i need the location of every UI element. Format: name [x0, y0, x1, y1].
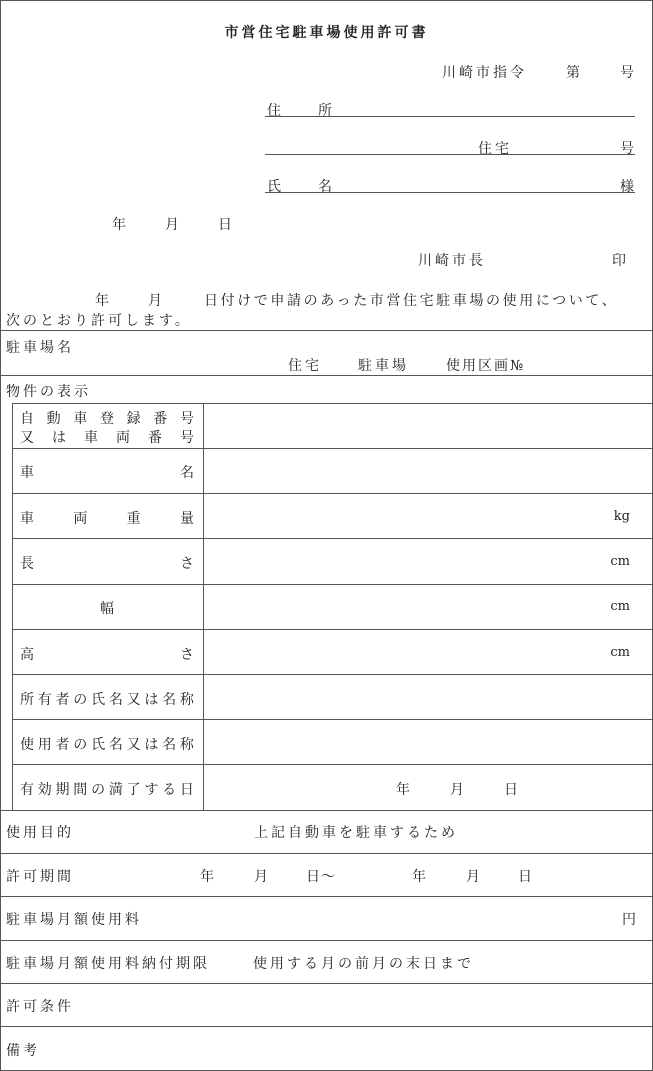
period-to-nen: 年: [412, 866, 429, 886]
seal-label: 印: [612, 250, 629, 270]
row-user-label: 使用者の氏名又は名称: [20, 734, 194, 754]
row-car-name-label: 車名: [20, 462, 194, 482]
document-title: 市営住宅駐車場使用許可書: [0, 22, 653, 42]
expiry-tsuki: 月: [450, 779, 467, 799]
divider: [0, 853, 653, 854]
purpose-label: 使用目的: [6, 822, 74, 842]
remarks-label: 備考: [6, 1040, 40, 1060]
row-length-label: 長さ: [20, 553, 194, 573]
height-field[interactable]: cm: [210, 630, 650, 674]
date-hi: 日: [218, 214, 235, 234]
fee-label: 駐車場月額使用料: [6, 909, 142, 929]
car-name-field[interactable]: [210, 449, 650, 493]
conditions-label: 許可条件: [6, 996, 74, 1016]
unit-cm: cm: [610, 599, 630, 614]
parking-lot: 駐車場: [358, 355, 409, 375]
period-from-tsuki: 月: [254, 866, 271, 886]
name-label-2: 名: [318, 176, 335, 196]
divider: [0, 375, 653, 376]
period-to-hi: 日: [518, 866, 535, 886]
fee-unit: 円: [622, 909, 639, 929]
unit-cm: cm: [610, 645, 630, 660]
parking-section: 使用区画№: [446, 355, 525, 375]
row-width-label: 幅: [20, 598, 194, 618]
name-label-1: 氏: [267, 176, 284, 196]
owner-field[interactable]: [210, 675, 650, 719]
unit-cm: cm: [610, 554, 630, 569]
ref-prefix: 川崎市指令: [442, 62, 527, 82]
housing-label: 住宅: [478, 138, 512, 158]
unit-kg: kg: [614, 509, 630, 524]
reg-number-field[interactable]: [210, 404, 650, 448]
weight-field[interactable]: kg: [210, 494, 650, 538]
address-label-2: 所: [318, 100, 335, 120]
deadline-value: 使用する月の前月の末日まで: [253, 953, 474, 973]
divider: [0, 1026, 653, 1027]
row-expiry-label: 有効期間の満了する日: [20, 779, 194, 799]
row-reg-number-label-1: 自動車登録番号: [20, 408, 194, 428]
purpose-value: 上記自動車を駐車するため: [254, 822, 458, 842]
row-weight-label: 車両重量: [20, 508, 194, 528]
deadline-label: 駐車場月額使用料納付期限: [6, 953, 210, 973]
property-table-separator: [203, 403, 204, 810]
divider: [0, 983, 653, 984]
ref-go: 号: [620, 62, 637, 82]
period-label: 許可期間: [6, 866, 74, 886]
divider: [0, 896, 653, 897]
property-label: 物件の表示: [6, 381, 91, 401]
date-tsuki: 月: [165, 214, 182, 234]
divider: [0, 810, 653, 811]
mayor-label: 川崎市長: [418, 250, 486, 270]
name-field[interactable]: [265, 192, 635, 193]
expiry-hi: 日: [504, 779, 521, 799]
period-from-hi: 日～: [306, 866, 336, 886]
parking-housing: 住宅: [288, 355, 322, 375]
divider: [0, 330, 653, 331]
expiry-nen: 年: [396, 779, 413, 799]
period-to-tsuki: 月: [466, 866, 483, 886]
period-from-nen: 年: [200, 866, 217, 886]
ref-dai: 第: [566, 62, 583, 82]
row-reg-number-label-2: 又は車両番号: [20, 427, 194, 447]
date-nen: 年: [112, 214, 129, 234]
sama-label: 様: [620, 176, 637, 196]
housing-field[interactable]: [265, 154, 635, 155]
intro-tsuki: 月: [148, 290, 165, 310]
length-field[interactable]: cm: [210, 539, 650, 583]
table-row-divider: [12, 764, 653, 765]
address-label-1: 住: [267, 100, 284, 120]
intro-nen: 年: [95, 290, 112, 310]
user-field[interactable]: [210, 720, 650, 764]
row-owner-label: 所有者の氏名又は名称: [20, 689, 194, 709]
housing-go: 号: [620, 138, 637, 158]
row-height-label: 高さ: [20, 644, 194, 664]
divider: [0, 940, 653, 941]
intro-text-2: 次のとおり許可します。: [6, 310, 192, 330]
width-field[interactable]: cm: [210, 585, 650, 629]
intro-text-1: 日付けで申請のあった市営住宅駐車場の使用について、: [204, 290, 618, 310]
parking-label: 駐車場名: [6, 337, 74, 357]
address-field[interactable]: [265, 116, 635, 117]
